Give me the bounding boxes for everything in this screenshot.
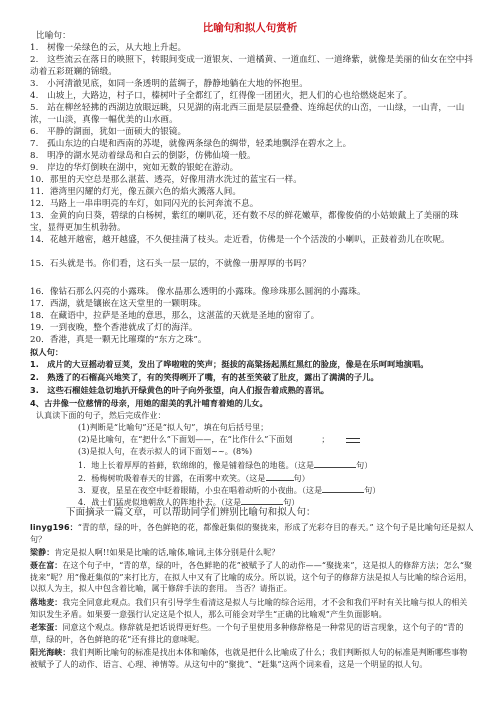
simile-item: 5. 站在柳丝轻拂的西湖边放眼远眺，只见湖的南北西三面是层层叠叠、连绵起伏的山峦… [30,103,474,126]
simile-item: 3. 小河清澈见底，如同一条透明的蓝绸子，静静地躺在大地的怀抱里。 [30,79,474,91]
discussion-post: 老笨蛋：同意这个观点。修辞就是把话说得更好些。一个句子里使用多种修辞格是一种常见… [30,622,474,645]
post-text: “青的草，绿的叶，各色鲜艳的花，都像赶集似的聚拢来，形成了光彩夺目的春天。” 这… [30,523,474,544]
answer-blank[interactable] [314,458,356,468]
exercise-instruction: (3)是拟人句，在表示拟人的词下面划~~。(8%) [78,446,474,458]
personification-item: 4、古井像一位慈情的母亲，用她的甜美的乳汁哺育着她的儿女。 [30,398,474,410]
post-text: 同意这个观点。修辞就是把话说得更好些。一个句子里使用多种修辞格是一种常见的语言现… [30,623,464,644]
simile-item: 14．花越开越密，越开越盛，不久便挂满了枝头。走近看，仿佛是一个个活泼的小喇叭，… [30,235,474,247]
exercise-item-suffix: 句） [364,486,380,495]
post-author: 聂在富： [30,561,62,570]
simile-item: 10．那里的天空总是那么湛蓝、透亮，好像用清水洗过的蓝宝石一样。 [30,175,474,187]
exercise-item-text: 4．战士们猛虎似地朝敌人的阵地扑去。（这是 [78,498,241,507]
simile-item: 20．香港，真是一颗无比璀璨的“东方之珠”。 [30,335,474,347]
simile-item: 18．在藏语中，拉萨是圣地的意思，那么，这湛蓝的天就是圣地的窗帘了。 [30,311,474,323]
instruction-separator: ； [321,435,329,444]
discussion-post: 落地麦：我完全同意此观点。我们只有引导学生看清这是拟人与比喻的综合运用，才不会和… [30,597,474,620]
simile-item: 12．马路上一串串明亮的车灯，如同闪光的长河奔流不息。 [30,199,474,211]
exercise-intro: 认真读下面的句子，然后完成作业： [36,410,474,422]
simile-item: 2. 这些流云在落日的映照下，转眼间变成一道银灰、一道橘黄、一道血红、一道绛紫，… [30,55,474,78]
post-author: 阳光海峡： [30,648,71,657]
simile-item: 9. 岸边的华灯倒映在湖中，宛如无数的银蛇在游动。 [30,163,474,175]
simile-item: 15．石头就是书。你们看，这石头一层一层的，不就像一册厚厚的书吗？ [30,259,474,271]
double-underline-icon [346,438,360,443]
simile-item: 11．港湾里闪耀的灯光，像五颜六色的焰火溅落人间。 [30,187,474,199]
simile-item: 1. 树像一朵绿色的云，从大地上升起。 [30,43,474,55]
exercise-item-text: 1．地上长着厚厚的苔藓，软绵绵的，像是铺着绿色的地毯。（这是 [78,461,314,470]
personification-item: 2. 熟透了的石榴高兴地笑了，有的笑得咧开了嘴，有的甚至笑破了肚皮，露出了满满的… [30,372,474,384]
personification-heading: 拟人句： [30,347,474,359]
simile-item: 19．一到夜晚，整个香港就成了灯的海洋。 [30,323,474,335]
answer-blank[interactable] [266,471,294,481]
simile-item: 17．西湖，就是镶嵌在这天堂里的一颗明珠。 [30,299,474,311]
simile-heading: 比喻句： [36,31,474,43]
post-author: 落地麦： [30,598,62,607]
exercise-item-suffix: 句） [294,474,310,483]
simile-item: 8. 明净的湖水晃动着绿岛和白云的倒影，仿佛仙境一般。 [30,151,474,163]
article-intro: 下面摘录一篇文章，可以帮助同学们辨别比喻句和拟人句： [66,507,474,519]
post-author: 梁静： [30,548,54,557]
simile-item: 7. 孤山东边的白堤和西南的苏堤，就像两条绿色的绸带，轻柔地飘浮在碧水之上。 [30,139,474,151]
personification-item: 3. 这些石榴娃娃急切地扒开绿黄色的叶子向外张望，向人们报告着成熟的喜讯。 [30,385,474,397]
exercise-item: 1．地上长着厚厚的苔藓，软绵绵的，像是铺着绿色的地毯。（这是句） [78,458,474,472]
post-text: 在这个句子中，“青的草，绿的叶，各色鲜艳的花”被赋予了人的动作——“聚拢来”，这… [30,561,472,593]
post-author: linyg196： [30,523,78,532]
exercise-item-text: 2．杨梅树吮吸着春天的甘露，在雨雾中欢笑。（这是 [78,474,266,483]
document-page: 比喻句和拟人句赏析 比喻句： 1. 树像一朵绿色的云，从大地上升起。 2. 这些… [0,0,500,706]
discussion-post: linyg196：“青的草，绿的叶，各色鲜艳的花，都像赶集似的聚拢来，形成了光彩… [30,522,474,545]
answer-blank[interactable] [241,495,283,505]
simile-item: 6. 平静的湖面，犹如一面硕大的银镜。 [30,127,474,139]
exercise-instruction: (1)判断是“比喻句”还是“拟人句”，填在句后括号里； [78,422,474,434]
personification-item: 1. 成片的大豆摇动着豆荚，发出了哗啦啦的笑声；挺拔的高粱扬起黑红黑红的脸庞，像… [30,359,474,371]
simile-item: 4. 山坡上，大路边，村子口，榛树叶子全都红了，红得像一团团火，把人们的心也给燃… [30,91,474,103]
discussion-post: 聂在富：在这个句子中，“青的草，绿的叶，各色鲜艳的花”被赋予了人的动作——“聚拢… [30,560,474,595]
post-text: 我们判断比喻句的标准是找出本体和喻体，也就是把什么比喻成了什么；我们判断拟人句的… [30,648,467,669]
simile-item: 13．金黄的向日葵，碧绿的白杨树，紫红的喇叭花，还有数不尽的鲜花嫩草，都像俊俏的… [30,211,474,234]
exercise-item-suffix: 句） [283,498,299,507]
simile-item: 16．像钻石那么闪亮的小露珠。 像水晶那么透明的小露珠。像珍珠那么圆润的小露珠。 [30,287,474,299]
post-text: 我完全同意此观点。我们只有引导学生看清这是拟人与比喻的综合运用，才不会和我们平时… [30,598,467,619]
post-text: 肯定是拟人啊!!如果是比喻的话,喻体,喻词,主体分别是什么呢？ [54,548,279,557]
exercise-item-text: 3．夏夜，星星在夜空中眨着眼睛，小虫在唱着动听的小夜曲。（这是 [78,486,322,495]
post-author: 老笨蛋： [30,623,62,632]
answer-blank[interactable] [322,483,364,493]
exercise-instruction: (2)是比喻句，在“把什么”下面划——，在“比作什么”下面划 ； [78,434,474,446]
discussion-post: 阳光海峡：我们判断比喻句的标准是找出本体和喻体，也就是把什么比喻成了什么；我们判… [30,647,474,670]
exercise-instruction-text: (2)是比喻句，在“把什么”下面划——，在“比作什么”下面划 [78,435,293,444]
exercise-item-suffix: 句） [356,461,372,470]
discussion-post: 梁静：肯定是拟人啊!!如果是比喻的话,喻体,喻词,主体分别是什么呢？ [30,547,474,559]
